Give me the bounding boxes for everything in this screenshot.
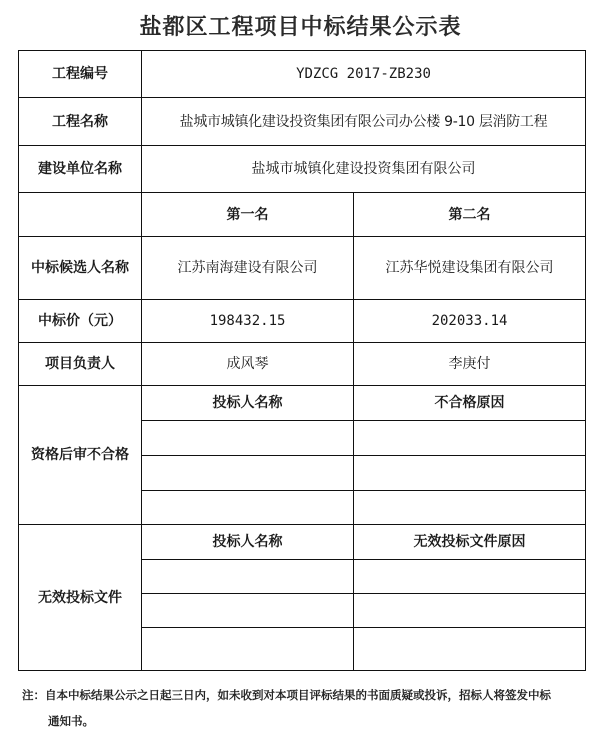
manager-label: 项目负责人 <box>19 343 142 386</box>
row-disqualified-header: 资格后审不合格 投标人名称 不合格原因 <box>19 386 586 421</box>
disqualified-reason-cell <box>354 456 586 491</box>
price-first: 198432.15 <box>142 300 354 343</box>
row-price: 中标价（元） 198432.15 202033.14 <box>19 300 586 343</box>
invalid-reason-cell <box>354 594 586 628</box>
project-name-value: 盐城市城镇化建设投资集团有限公司办公楼 9-10 层消防工程 <box>142 98 586 146</box>
disqualified-col-reason: 不合格原因 <box>354 386 586 421</box>
candidate-first: 江苏南海建设有限公司 <box>142 237 354 300</box>
row-owner: 建设单位名称 盐城市城镇化建设投资集团有限公司 <box>19 146 586 193</box>
result-table: 工程编号 YDZCG 2017-ZB230 工程名称 盐城市城镇化建设投资集团有… <box>18 50 586 671</box>
invalid-label: 无效投标文件 <box>19 525 142 671</box>
rank-first: 第一名 <box>142 193 354 237</box>
price-second: 202033.14 <box>354 300 586 343</box>
disqualified-col-bidder: 投标人名称 <box>142 386 354 421</box>
project-no-value: YDZCG 2017-ZB230 <box>142 51 586 98</box>
manager-second: 李庚付 <box>354 343 586 386</box>
rank-second: 第二名 <box>354 193 586 237</box>
row-ranks: 第一名 第二名 <box>19 193 586 237</box>
row-project-no: 工程编号 YDZCG 2017-ZB230 <box>19 51 586 98</box>
candidate-second: 江苏华悦建设集团有限公司 <box>354 237 586 300</box>
invalid-bidder-cell <box>142 628 354 671</box>
price-label: 中标价（元） <box>19 300 142 343</box>
row-project-name: 工程名称 盐城市城镇化建设投资集团有限公司办公楼 9-10 层消防工程 <box>19 98 586 146</box>
disqualified-bidder-cell <box>142 456 354 491</box>
disqualified-reason-cell <box>354 421 586 456</box>
invalid-reason-cell <box>354 628 586 671</box>
invalid-col-bidder: 投标人名称 <box>142 525 354 560</box>
disqualified-bidder-cell <box>142 421 354 456</box>
ranks-empty-cell <box>19 193 142 237</box>
row-invalid-header: 无效投标文件 投标人名称 无效投标文件原因 <box>19 525 586 560</box>
disqualified-bidder-cell <box>142 491 354 525</box>
owner-value: 盐城市城镇化建设投资集团有限公司 <box>142 146 586 193</box>
manager-first: 成风琴 <box>142 343 354 386</box>
page-title: 盐都区工程项目中标结果公示表 <box>0 10 601 41</box>
invalid-bidder-cell <box>142 594 354 628</box>
footnote-line-2: 通知书。 <box>22 708 587 730</box>
row-candidate: 中标候选人名称 江苏南海建设有限公司 江苏华悦建设集团有限公司 <box>19 237 586 300</box>
invalid-reason-cell <box>354 560 586 594</box>
footnote: 注：自本中标结果公示之日起三日内，如未收到对本项目评标结果的书面质疑或投诉，招标… <box>22 682 587 730</box>
project-name-label: 工程名称 <box>19 98 142 146</box>
disqualified-reason-cell <box>354 491 586 525</box>
footnote-line-1: 注：自本中标结果公示之日起三日内，如未收到对本项目评标结果的书面质疑或投诉，招标… <box>22 688 551 702</box>
invalid-col-reason: 无效投标文件原因 <box>354 525 586 560</box>
owner-label: 建设单位名称 <box>19 146 142 193</box>
candidate-label: 中标候选人名称 <box>19 237 142 300</box>
row-manager: 项目负责人 成风琴 李庚付 <box>19 343 586 386</box>
invalid-bidder-cell <box>142 560 354 594</box>
disqualified-label: 资格后审不合格 <box>19 386 142 525</box>
project-no-label: 工程编号 <box>19 51 142 98</box>
